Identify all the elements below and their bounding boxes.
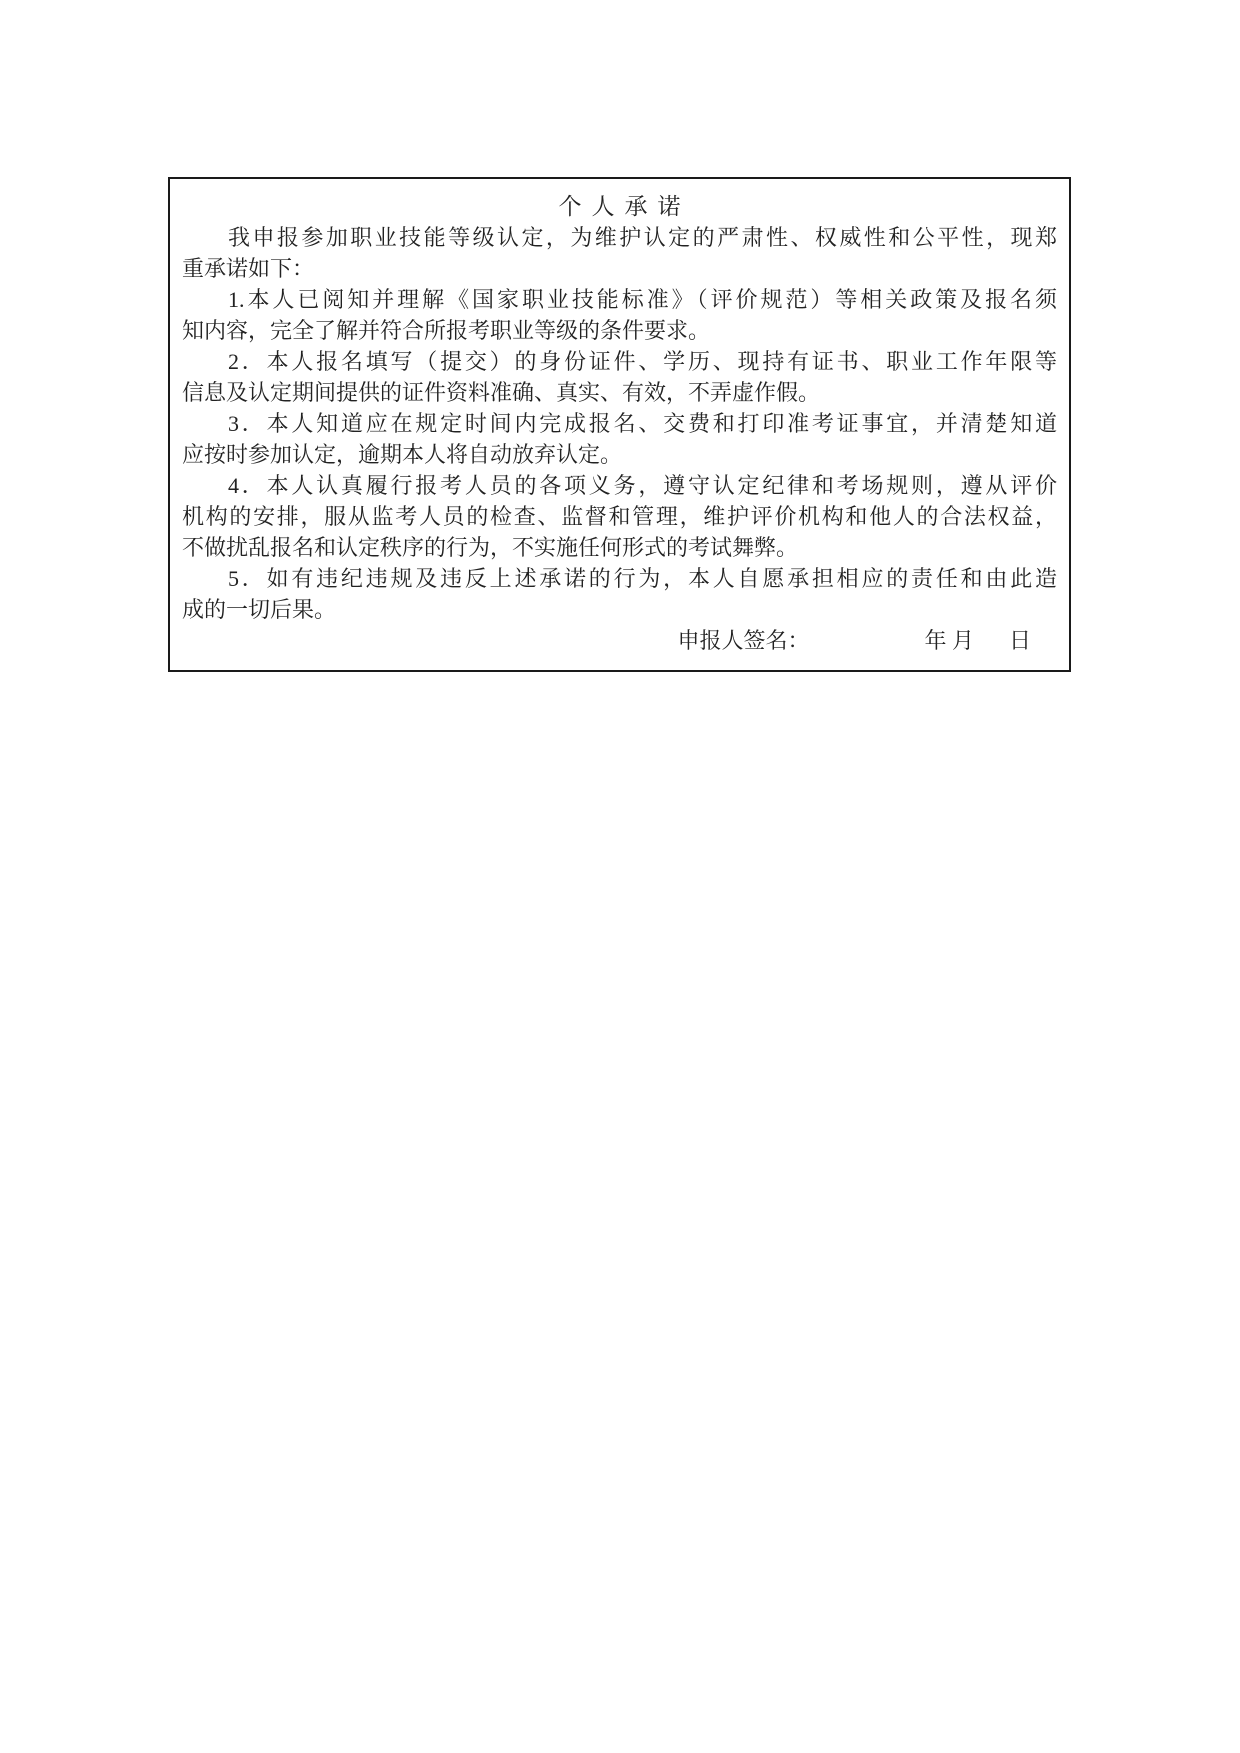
notice-line: 信息及认定期间提供的证件资料准确、真实、有效，不弄虚作假。	[182, 377, 1057, 408]
notice-line: 1.本人已阅知并理解《国家职业技能标准》（评价规范）等相关政策及报名须	[182, 284, 1057, 315]
notice-line: 4．本人认真履行报考人员的各项义务，遵守认定纪律和考场规则，遵从评价	[182, 470, 1057, 501]
signature-label: 申报人签名：	[677, 625, 809, 656]
notice-line: 重承诺如下：	[182, 253, 1057, 284]
notice-line: 应按时参加认定，逾期本人将自动放弃认定。	[182, 439, 1057, 470]
notice-line: 5．如有违纪违规及违反上述承诺的行为，本人自愿承担相应的责任和由此造	[182, 563, 1057, 594]
notice-line: 3．本人知道应在规定时间内完成报名、交费和打印准考证事宜，并清楚知道	[182, 408, 1057, 439]
document-page: { "document": { "title": "个人承诺", "paragr…	[0, 0, 1240, 1753]
notice-title: 个人承诺	[182, 191, 1057, 222]
signature-date-day: 日	[1009, 625, 1031, 656]
notice-line: 知内容，完全了解并符合所报考职业等级的条件要求。	[182, 315, 1057, 346]
signature-date-year-month: 年 月	[924, 625, 974, 656]
notice-line: 机构的安排，服从监考人员的检查、监督和管理，维护评价机构和他人的合法权益，	[182, 501, 1057, 532]
notice-line: 成的一切后果。	[182, 594, 1057, 625]
notice-line: 2．本人报名填写（提交）的身份证件、学历、现持有证书、职业工作年限等	[182, 346, 1057, 377]
notice-line: 不做扰乱报名和认定秩序的行为，不实施任何形式的考试舞弊。	[182, 532, 1057, 563]
personal-commitment-box: 个人承诺 我申报参加职业技能等级认定，为维护认定的严肃性、权威性和公平性，现郑 …	[168, 177, 1071, 672]
notice-line: 我申报参加职业技能等级认定，为维护认定的严肃性、权威性和公平性，现郑	[182, 222, 1057, 253]
signature-line: 申报人签名： 年 月 日	[182, 625, 1057, 656]
